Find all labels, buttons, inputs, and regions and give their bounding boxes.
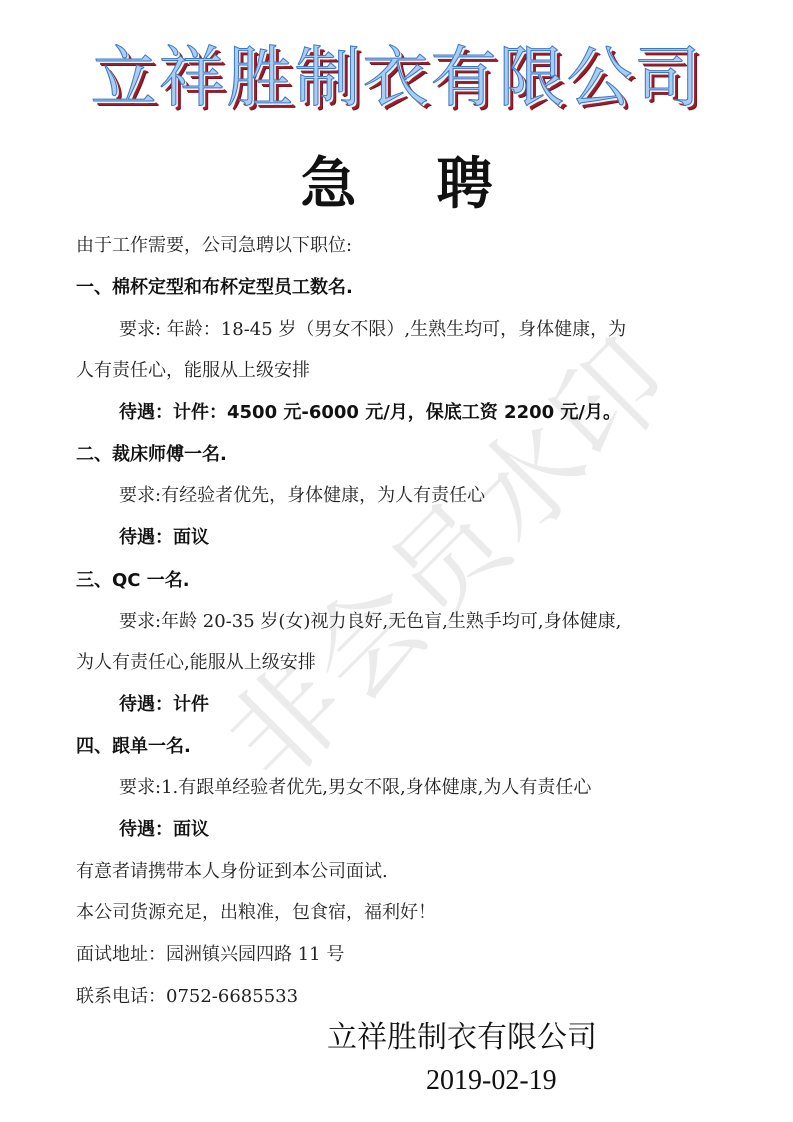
position-2-benefit: 待遇：面议 bbox=[119, 526, 209, 550]
contact-phone: 联系电话：0752-6685533 bbox=[76, 985, 298, 1009]
intro-text: 由于工作需要，公司急聘以下职位: bbox=[76, 234, 352, 258]
position-4-title: 四、跟单一名. bbox=[76, 735, 191, 759]
closing-benefits: 本公司货源充足，出粮准，包食宿，福利好！ bbox=[76, 901, 436, 925]
position-3-title: 三、QC 一名. bbox=[76, 569, 190, 593]
position-1-requirement-line1: 要求: 年龄：18-45 岁（男女不限）,生熟生均可，身体健康，为 bbox=[119, 318, 626, 342]
position-1-title: 一、棉杯定型和布杯定型员工数名. bbox=[76, 276, 353, 300]
footer-company-name: 立祥胜制衣有限公司 bbox=[327, 1018, 597, 1058]
heading-char-hire: 聘 bbox=[437, 150, 493, 220]
heading-char-urgent: 急 bbox=[301, 150, 357, 220]
position-3-requirement-line1: 要求:年龄 20-35 岁(女)视力良好,无色盲,生熟手均可,身体健康, bbox=[119, 610, 621, 634]
interview-address: 面试地址：园洲镇兴园四路 11 号 bbox=[76, 943, 344, 967]
position-2-title: 二、裁床师傅一名. bbox=[76, 443, 227, 467]
company-title: 立祥胜制衣有限公司 bbox=[0, 30, 793, 126]
position-2-requirement: 要求:有经验者优先，身体健康，为人有责任心 bbox=[119, 484, 485, 508]
position-3-benefit: 待遇：计件 bbox=[119, 693, 209, 717]
position-1-benefit: 待遇：计件：4500 元-6000 元/月，保底工资 2200 元/月。 bbox=[119, 401, 621, 425]
position-1-requirement-line2: 人有责任心，能服从上级安排 bbox=[76, 359, 310, 383]
urgent-hiring-heading: 急聘 bbox=[0, 150, 793, 220]
position-4-benefit: 待遇：面议 bbox=[119, 818, 209, 842]
footer-date: 2019-02-19 bbox=[426, 1063, 557, 1099]
position-4-requirement: 要求:1.有跟单经验者优先,男女不限,身体健康,为人有责任心 bbox=[119, 776, 591, 800]
closing-bring-id: 有意者请携带本人身份证到本公司面试. bbox=[76, 860, 388, 884]
position-3-requirement-line2: 为人有责任心,能服从上级安排 bbox=[76, 651, 316, 675]
